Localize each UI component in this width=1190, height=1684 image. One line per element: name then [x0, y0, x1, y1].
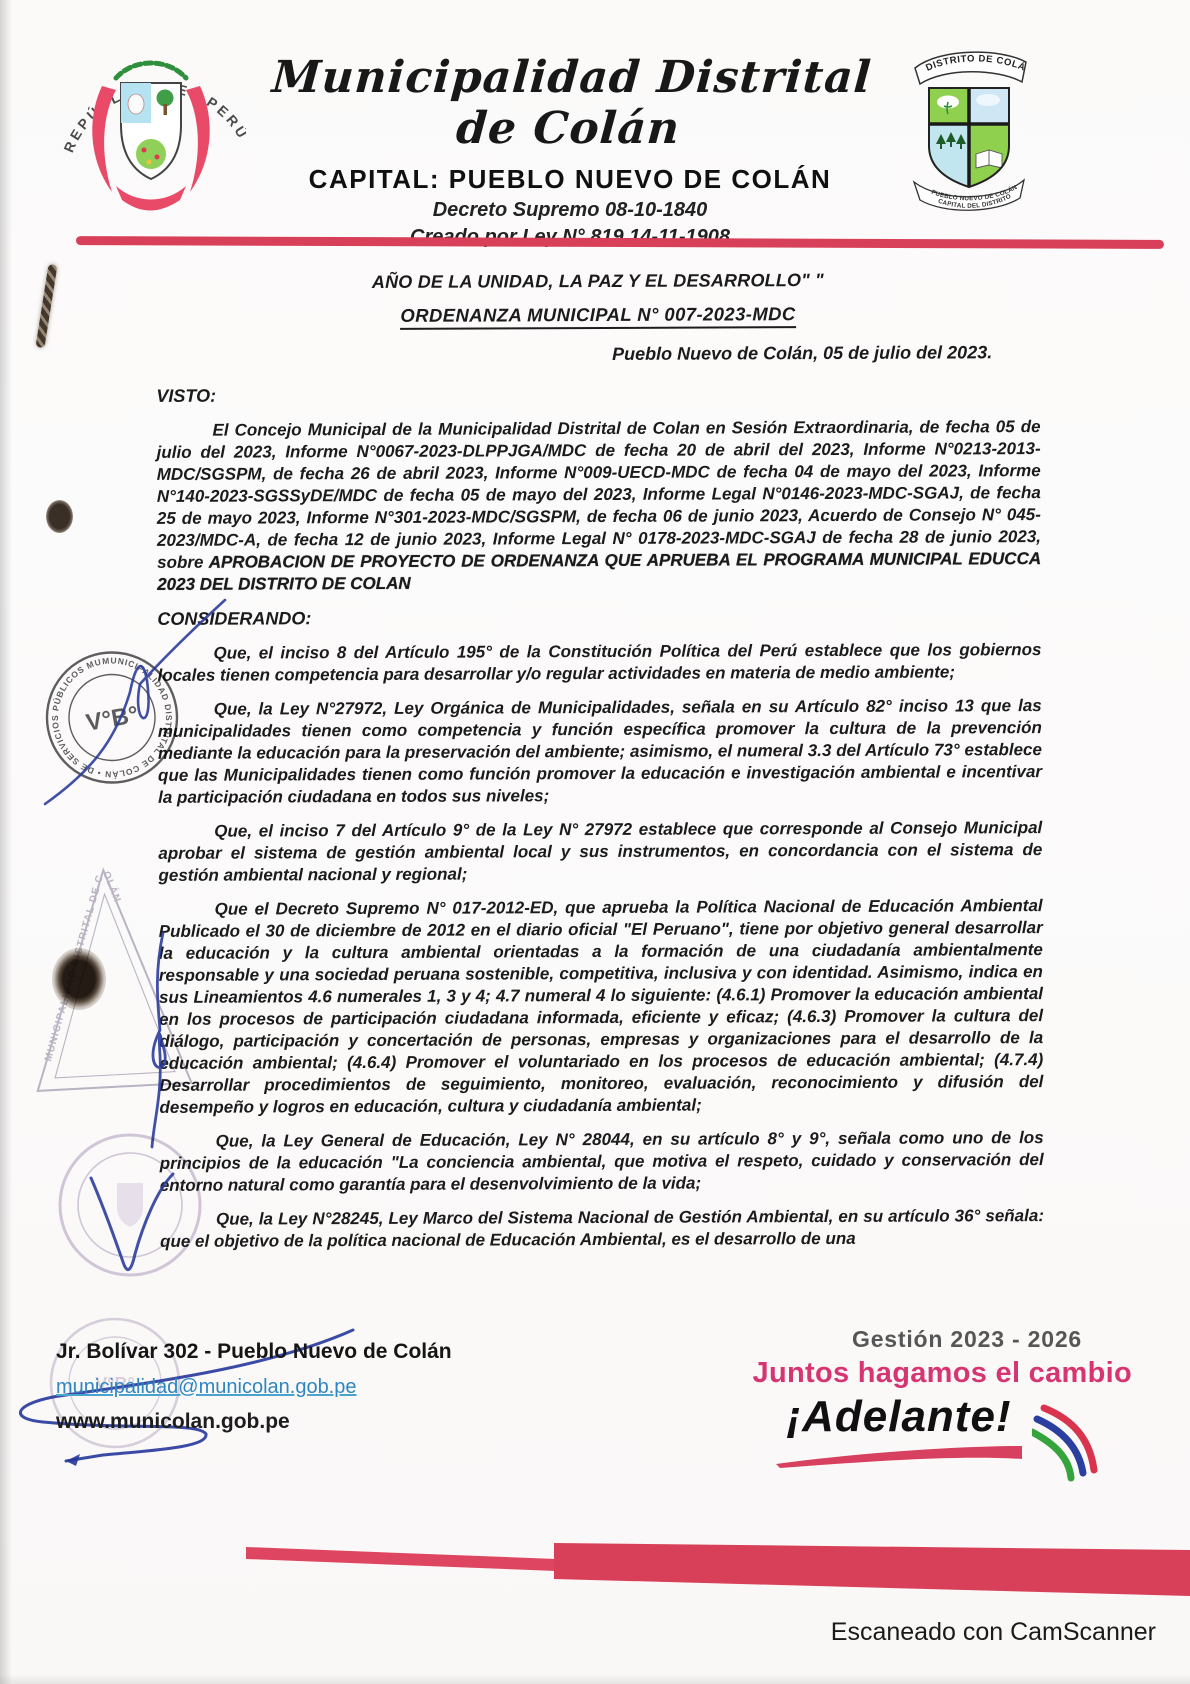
considerando-label: CONSIDERANDO:	[157, 604, 1041, 630]
scan-edge-shadow-bottom	[0, 1674, 1190, 1684]
scanned-document-page: REPÚBLICA DEL PERÚ Municipalidad Distrit…	[0, 0, 1190, 1684]
considerando-paragraph-1: Que, el inciso 8 del Artículo 195° de la…	[157, 639, 1041, 687]
footer-address: Jr. Bolívar 302 - Pueblo Nuevo de Colán	[56, 1336, 452, 1369]
footer-email-link[interactable]: municipalidad@municolan.gob.pe	[56, 1372, 357, 1403]
footer-slogan-block: Gestión 2023 - 2026 Juntos hagamos el ca…	[632, 1326, 1132, 1482]
dateline: Pueblo Nuevo de Colán, 05 de julio del 2…	[156, 341, 1040, 367]
visto-paragraph: El Concejo Municipal de la Municipalidad…	[156, 416, 1041, 596]
footer-website: www.municolan.gob.pe	[56, 1406, 452, 1439]
campaign-slogan: Juntos hagamos el cambio	[753, 1357, 1132, 1390]
adelante-text: ¡Adelante!	[786, 1392, 1011, 1442]
footer-contact-block: Jr. Bolívar 302 - Pueblo Nuevo de Colán …	[56, 1336, 452, 1438]
considerando-paragraph-2: Que, la Ley N°27972, Ley Orgánica de Mun…	[158, 695, 1042, 809]
bottom-red-bar	[238, 1532, 1190, 1604]
considerando-paragraph-3: Que, el inciso 7 del Artículo 9° de la L…	[158, 817, 1042, 887]
capital-line: CAPITAL: PUEBLO NUEVO DE COLÁN	[255, 164, 885, 195]
binder-hole-mark	[52, 948, 106, 1010]
ink-blot	[46, 500, 73, 533]
gestion-period: Gestión 2023 - 2026	[852, 1326, 1082, 1353]
document-body: AÑO DE LA UNIDAD, LA PAZ Y EL DESARROLLO…	[156, 268, 1044, 1265]
decree-line: Decreto Supremo 08-10-1840	[255, 199, 885, 222]
adelante-row: ¡Adelante!	[774, 1392, 1104, 1482]
round-stamp-center-text: V°B°	[84, 701, 140, 737]
letterhead-center: Municipalidad Distrital de Colán CAPITAL…	[255, 52, 885, 249]
pink-swoosh-icon	[774, 1442, 1024, 1468]
visto-subject-bold: APROBACION DE PROYECTO DE ORDENANZA QUE …	[157, 549, 1041, 594]
header-divider	[76, 236, 1164, 249]
colan-district-shield-icon: DISTRITO DE COLÁN PUEBLO NUEVO DE COLÁN	[898, 40, 1043, 215]
tricolor-swoosh-icon	[1032, 1402, 1104, 1482]
ordinance-title-row: ORDENANZA MUNICIPAL N° 007-2023-MDC	[156, 302, 1040, 329]
peru-coat-of-arms-icon: REPÚBLICA DEL PERÚ	[56, 10, 246, 225]
considerando-paragraph-6: Que, la Ley N°28245, Ley Marco del Siste…	[160, 1205, 1044, 1253]
camscanner-credit: Escaneado con CamScanner	[831, 1618, 1156, 1647]
staple-mark	[35, 264, 57, 348]
considerando-paragraph-5: Que, la Ley General de Educación, Ley N°…	[160, 1127, 1044, 1197]
ordinance-title: ORDENANZA MUNICIPAL N° 007-2023-MDC	[400, 303, 795, 330]
year-motto: AÑO DE LA UNIDAD, LA PAZ Y EL DESARROLLO…	[156, 268, 1040, 294]
scan-edge-shadow	[0, 0, 12, 1684]
org-title: Municipalidad Distrital de Colán	[251, 52, 888, 154]
visto-label: VISTO:	[156, 381, 1040, 407]
considerando-paragraph-4: Que el Decreto Supremo N° 017-2012-ED, q…	[159, 895, 1044, 1119]
